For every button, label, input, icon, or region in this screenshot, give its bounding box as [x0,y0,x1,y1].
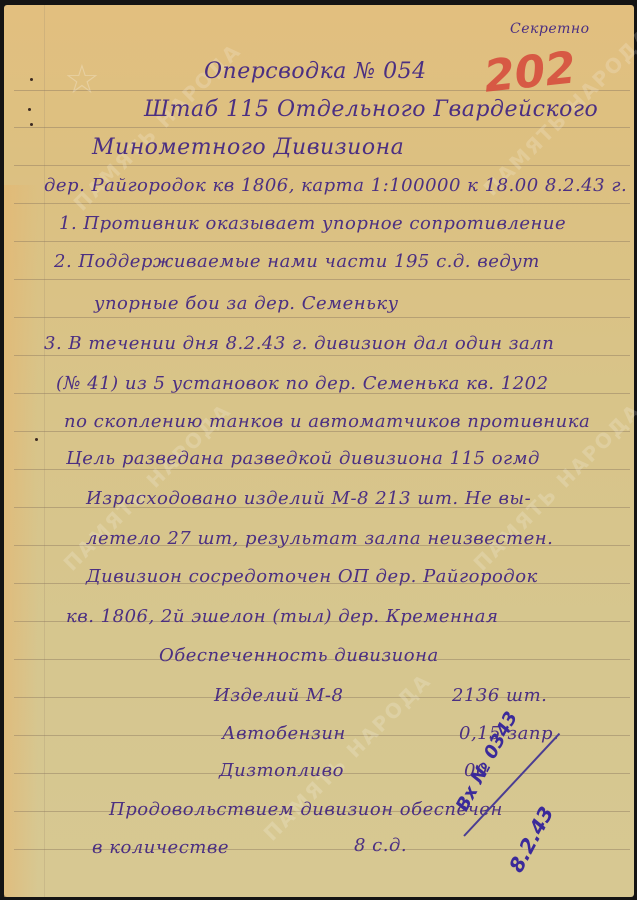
item-3-line: 3. В течении дня 8.2.43 г. дивизион дал … [44,333,554,354]
footer-unit: 8 с.д. [354,835,407,856]
punch-hole [30,78,33,81]
ruled-line [14,279,630,280]
ruled-line [14,355,630,356]
item-1-line: 1. Противник оказывает упорное сопротивл… [59,213,566,234]
incoming-stamp-date: 8.2.43 [504,802,558,876]
footer-line-2: в количестве [92,837,229,858]
ruled-line [14,469,630,470]
supply-item-value: 2136 шт. [452,685,547,706]
star-watermark-icon: ☆ [64,57,100,103]
document-title: Оперсводка № 054 [204,59,427,84]
supply-item-name: Автобензин [222,723,346,744]
ruled-line [14,241,630,242]
item-2-line: упорные бои за дер. Семеньку [94,293,399,314]
punch-hole [35,438,38,441]
document-page: ☆ ПАМЯТЬ НАРОДА ПАМЯТЬ НАРОДА ПАМЯТЬ НАР… [4,5,634,897]
item-3-line: кв. 1806, 2й эшелон (тыл) дер. Кременная [66,606,498,627]
item-3-line: летело 27 шт, результат залпа неизвестен… [86,528,553,549]
header-line-1: Штаб 115 Отдельного Гвардейского [144,97,598,122]
item-3-line: по скоплению танков и автоматчиков проти… [64,411,590,432]
item-3-line: (№ 41) из 5 установок по дер. Семенька к… [56,373,549,394]
punch-hole [30,123,33,126]
ruled-line [14,317,630,318]
supply-heading: Обеспеченность дивизиона [159,645,439,666]
supply-item-name: Дизтопливо [219,760,344,781]
item-3-line: Цель разведана разведкой дивизиона 115 о… [66,448,540,469]
archive-number: 202 [482,42,579,102]
supply-item-name: Изделий М-8 [214,685,343,706]
margin-stain [4,185,38,897]
header-line-2: Минометного Дивизиона [92,135,404,160]
location-line: дер. Райгородок кв 1806, карта 1:100000 … [44,175,627,196]
ruled-line [14,203,630,204]
footer-line-1: Продовольствием дивизион обеспечен [109,799,503,820]
item-3-line: Израсходовано изделий М-8 213 шт. Не вы- [86,488,531,509]
classification-label: Секретно [510,21,590,37]
item-2-line: 2. Поддерживаемые нами части 195 с.д. ве… [54,251,540,272]
item-3-line: Дивизион сосредоточен ОП дер. Райгородок [86,566,538,587]
punch-hole [28,108,31,111]
margin-line [44,5,45,897]
